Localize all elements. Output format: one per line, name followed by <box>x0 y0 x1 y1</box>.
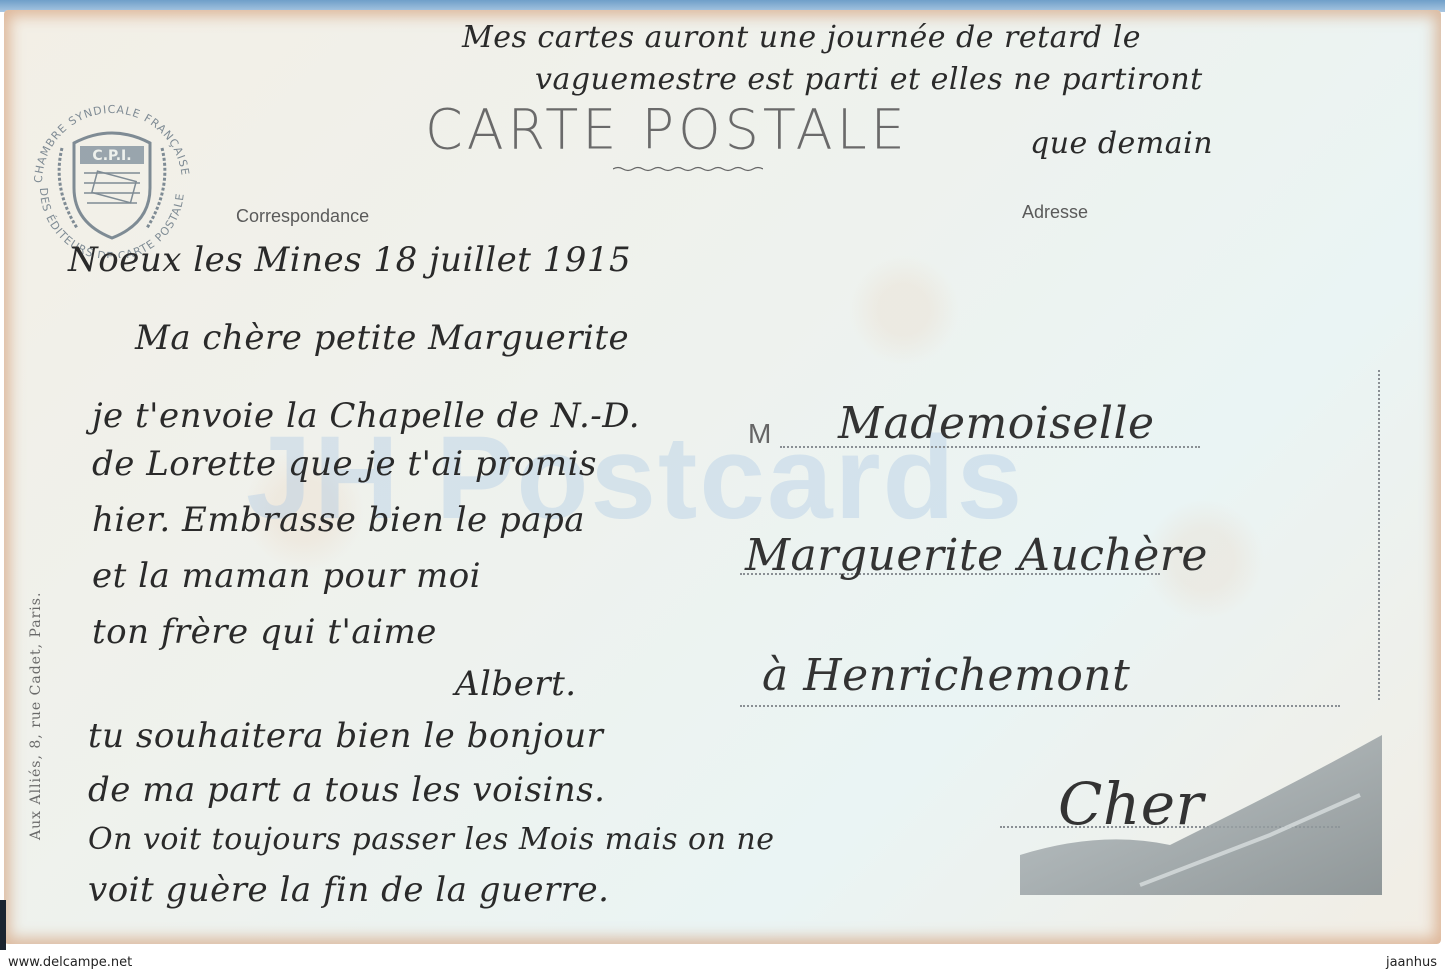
note-line-1: Mes cartes auront une journée de retard … <box>462 20 1141 55</box>
address-town: à Henrichemont <box>762 650 1130 701</box>
note-line-2: vaguemestre est parti et elles ne partir… <box>535 62 1203 97</box>
label-adresse: Adresse <box>1022 202 1088 223</box>
mountain-vignette-icon <box>1020 735 1382 895</box>
address-name: Marguerite Auchère <box>745 530 1208 581</box>
card-title: CARTE POSTALE <box>425 97 909 161</box>
dateline: Noeux les Mines 18 juillet 1915 <box>68 240 631 280</box>
message-line-9: de ma part a tous les voisins. <box>88 770 605 810</box>
message-line-3: de Lorette que je t'ai promis <box>92 444 597 484</box>
message-line-1: Ma chère petite Marguerite <box>135 318 629 358</box>
address-prefix: M <box>748 418 771 450</box>
message-line-10: On voit toujours passer les Mois mais on… <box>88 822 775 857</box>
address-line-3 <box>740 705 1340 707</box>
publisher-imprint: Aux Alliés, 8, rue Cadet, Paris. <box>28 592 44 840</box>
title-ornament-icon <box>613 166 763 172</box>
message-line-11: voit guère la fin de la guerre. <box>88 870 609 910</box>
message-line-4: hier. Embrasse bien le papa <box>92 500 585 540</box>
message-line-5: et la maman pour moi <box>92 556 481 596</box>
message-line-6: ton frère qui t'aime <box>92 612 437 652</box>
svg-text:CHAMBRE SYNDICALE FRANÇAISE: CHAMBRE SYNDICALE FRANÇAISE <box>32 103 192 183</box>
address-divider <box>1378 370 1380 700</box>
address-name-title: Mademoiselle <box>838 398 1155 449</box>
credit-jaanhus: jaanhus <box>1386 955 1437 970</box>
message-line-2: je t'envoie la Chapelle de N.-D. <box>92 396 640 436</box>
stamp-ring-top: CHAMBRE SYNDICALE FRANÇAISE <box>32 103 192 183</box>
message-line-8: tu souhaitera bien le bonjour <box>88 716 603 756</box>
stamp-shield-text: C.P.I. <box>92 148 131 164</box>
publisher-stamp-icon: CHAMBRE SYNDICALE FRANÇAISE DES ÉDITEURS… <box>22 88 202 258</box>
scan-edge <box>0 900 6 950</box>
note-line-3: que demain <box>1030 126 1213 161</box>
credit-delcampe: www.delcampe.net <box>8 955 132 970</box>
label-correspondance: Correspondance <box>236 206 369 227</box>
signature: Albert. <box>455 664 577 704</box>
